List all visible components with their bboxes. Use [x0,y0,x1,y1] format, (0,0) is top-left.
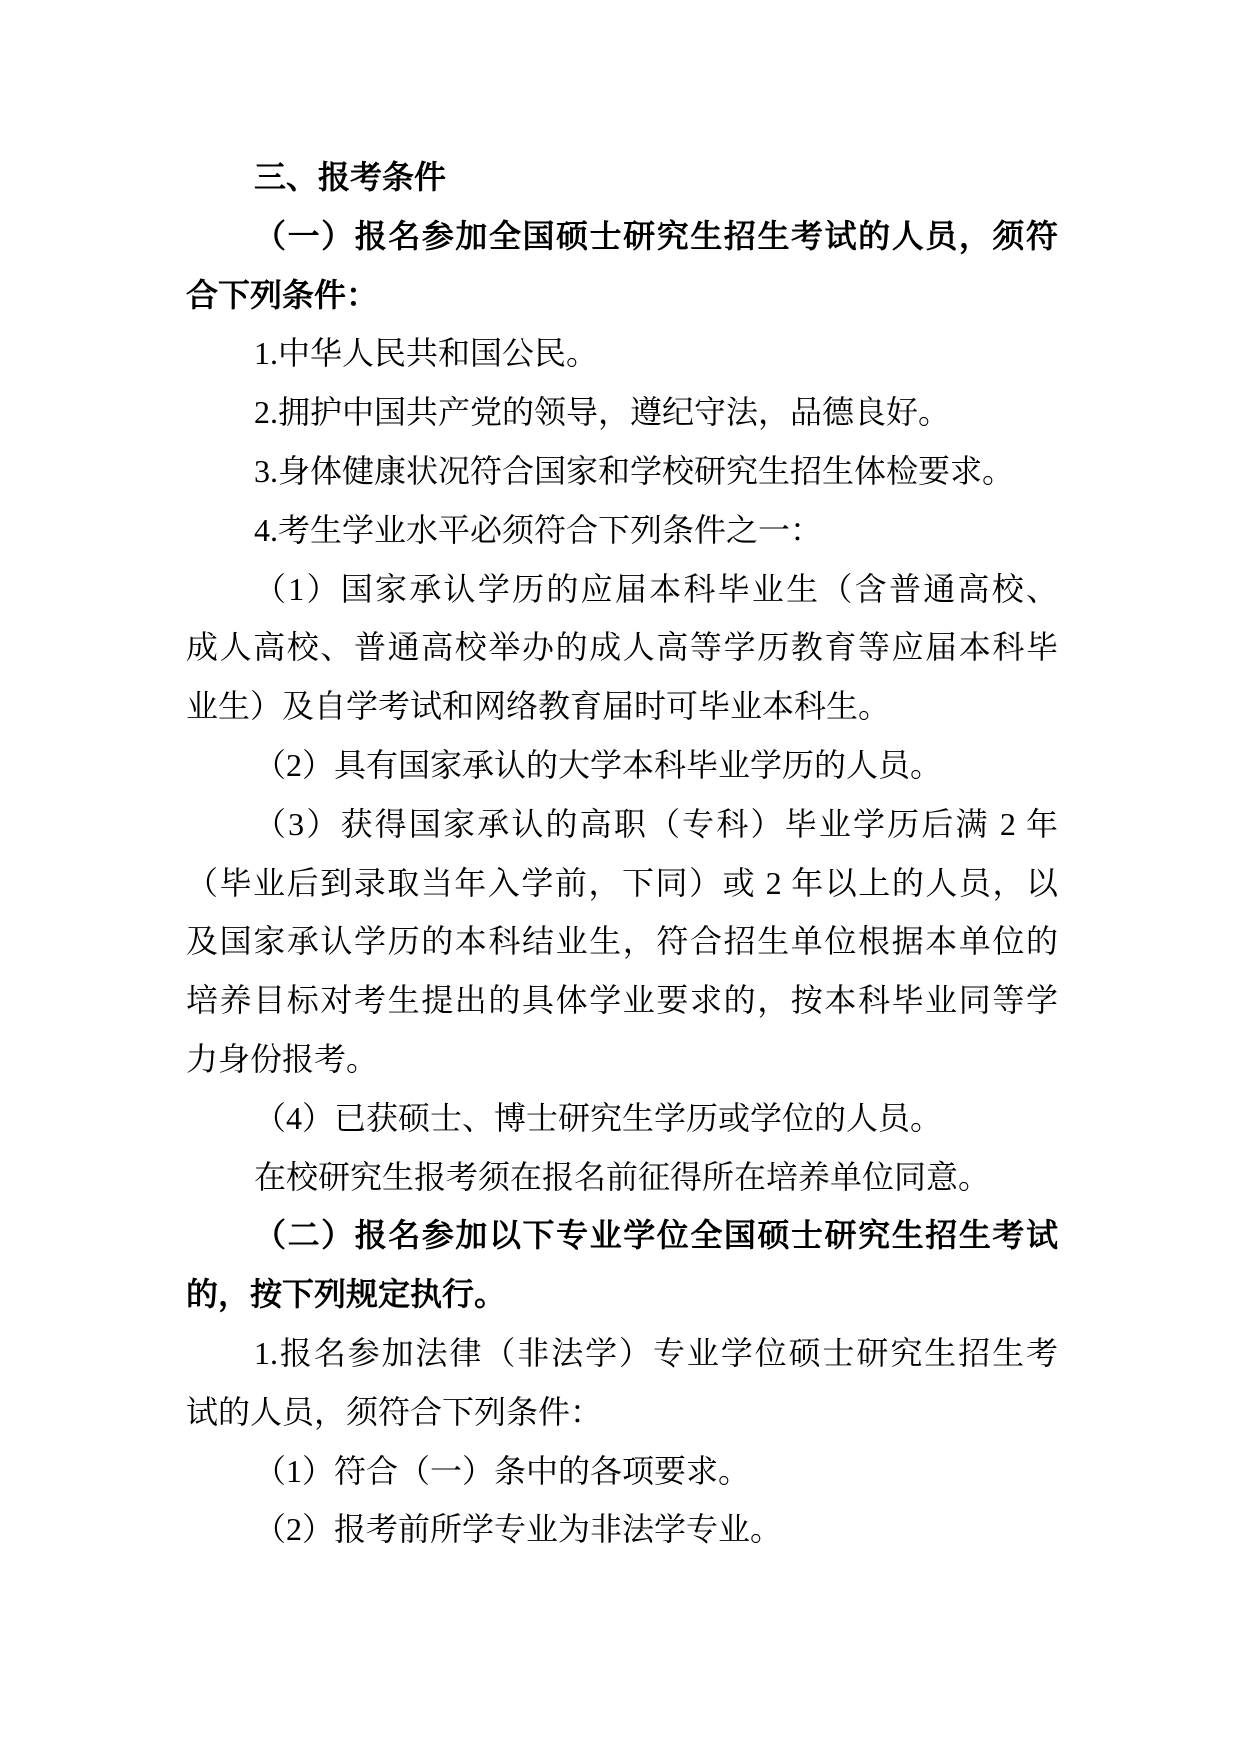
subsection-heading-line: （一）报名参加全国硕士研究生招生考试的人员，须符 [186,207,1058,266]
text-line: 4.考生学业水平必须符合下列条件之一： [186,501,1058,560]
text-line: 在校研究生报考须在报名前征得所在培养单位同意。 [186,1148,1058,1207]
text-line: （2）具有国家承认的大学本科毕业学历的人员。 [186,736,1058,795]
text-line: 3.身体健康状况符合国家和学校研究生招生体检要求。 [186,442,1058,501]
subsection-heading-line: 合下列条件： [186,266,1058,325]
text-line: 成人高校、普通高校举办的成人高等学历教育等应届本科毕 [186,618,1058,677]
text-line: （2）报考前所学专业为非法学专业。 [186,1500,1058,1559]
document-body: 三、报考条件 （一）报名参加全国硕士研究生招生考试的人员，须符 合下列条件： 1… [186,148,1058,1559]
document-page: 三、报考条件 （一）报名参加全国硕士研究生招生考试的人员，须符 合下列条件： 1… [0,0,1240,1753]
text-line: （1）符合（一）条中的各项要求。 [186,1442,1058,1501]
text-line: 2.拥护中国共产党的领导，遵纪守法，品德良好。 [186,383,1058,442]
text-line: （3）获得国家承认的高职（专科）毕业学历后满 2 年 [186,795,1058,854]
subsection-heading-line: 的，按下列规定执行。 [186,1265,1058,1324]
text-line: （毕业后到录取当年入学前，下同）或 2 年以上的人员，以 [186,854,1058,913]
text-line: （4）已获硕士、博士研究生学历或学位的人员。 [186,1089,1058,1148]
text-line: 培养目标对考生提出的具体学业要求的，按本科毕业同等学 [186,971,1058,1030]
text-line: 1.报名参加法律（非法学）专业学位硕士研究生招生考 [186,1324,1058,1383]
text-line: 力身份报考。 [186,1030,1058,1089]
text-line: （1）国家承认学历的应届本科毕业生（含普通高校、 [186,560,1058,619]
text-line: 业生）及自学考试和网络教育届时可毕业本科生。 [186,677,1058,736]
text-line: 及国家承认学历的本科结业生，符合招生单位根据本单位的 [186,912,1058,971]
text-line: 1.中华人民共和国公民。 [186,324,1058,383]
subsection-heading-line: （二）报名参加以下专业学位全国硕士研究生招生考试 [186,1206,1058,1265]
text-line: 试的人员，须符合下列条件： [186,1383,1058,1442]
section-heading: 三、报考条件 [186,148,1058,207]
